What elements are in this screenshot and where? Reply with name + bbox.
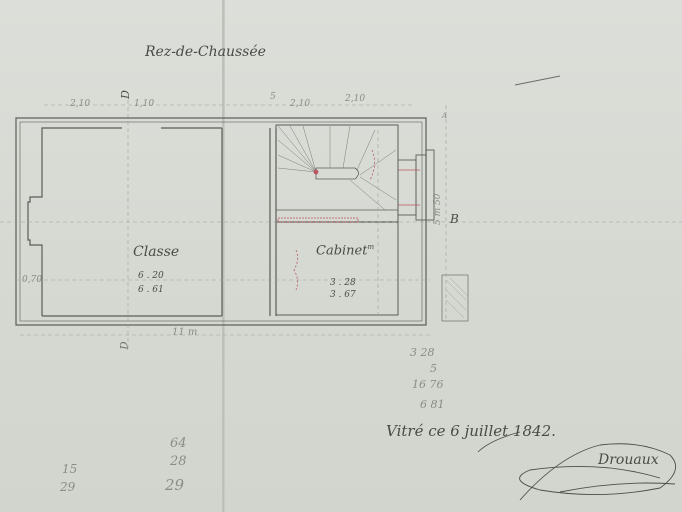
cabinet-suffix: m — [367, 243, 374, 251]
calc-right-3: 16 76 — [412, 378, 444, 391]
signature: Drouaux — [598, 452, 659, 468]
classe-dim-1: 6 . 20 — [138, 271, 164, 281]
calc-right-1: 3 28 — [410, 346, 435, 359]
right-dim: 5 m 50 — [433, 194, 443, 225]
classe-dim-2: 6 . 61 — [138, 285, 164, 295]
calc-right-2: 5 — [430, 362, 437, 375]
section-marker-d-bottom: D — [120, 341, 131, 349]
calc-left-1: 15 — [62, 462, 77, 476]
section-marker-a: A — [442, 112, 447, 120]
top-dim-4: 2,10 — [290, 99, 310, 109]
top-dim-2: 1,10 — [134, 99, 154, 109]
calc-left-2: 29 — [60, 480, 75, 494]
calc-right-4: 6 81 — [420, 398, 445, 411]
cabinet-dim-1: 3 . 28 — [330, 278, 356, 288]
top-dim-5: 2,10 — [345, 94, 365, 104]
top-dim-1: 2,10 — [70, 99, 90, 109]
room-label-cabinet: Cabinetm — [316, 243, 374, 258]
room-label-classe: Classe — [133, 244, 179, 260]
left-dim: 0,70 — [22, 275, 42, 285]
section-marker-b: B — [450, 212, 459, 226]
bottom-dim: 11 m — [172, 327, 197, 338]
calc-center-1: 64 — [170, 436, 187, 451]
calc-center-2: 28 — [170, 454, 187, 469]
top-dim-3: 5 — [270, 92, 276, 102]
cabinet-name: Cabinet — [316, 243, 367, 258]
calc-center-3: 29 — [165, 476, 184, 494]
section-marker-d-top: D — [119, 90, 132, 99]
place-date: Vitré ce 6 juillet 1842. — [386, 422, 556, 440]
cabinet-dim-2: 3 . 67 — [330, 290, 356, 300]
plan-title: Rez-de-Chaussée — [145, 44, 266, 60]
